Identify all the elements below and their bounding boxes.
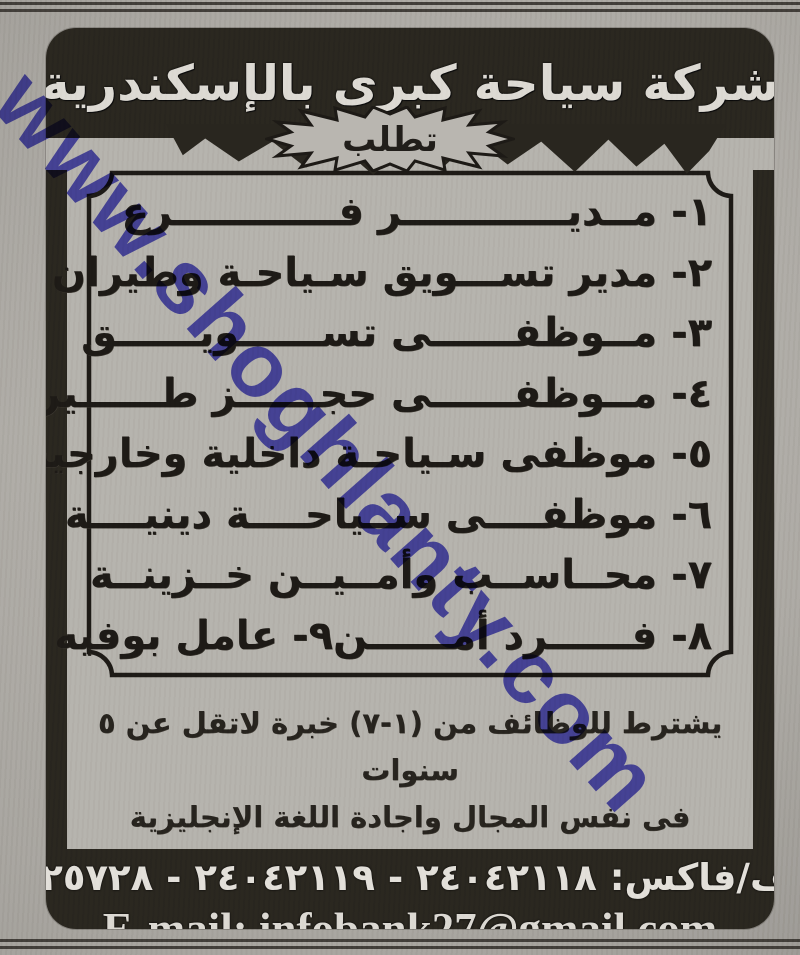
job-item-7: ٧- محــاســب وأمــيــن خــزينــة [108,555,712,595]
newspaper-page: شركة سياحة كبرى بالإسكندرية تطلب ١- مــد… [0,0,800,955]
job-item-4: ٤- مــوظفــــــى حجــــــز طــــــيران [108,374,712,414]
job-item-9: ٩- عامل بوفيه [54,616,333,656]
requirements-line-2: فى نفس المجال واجادة اللغة الإنجليزية [67,794,753,841]
requirements-note: يشترط للوظائف من (١-٧) خبرة لاتقل عن ٥ س… [67,700,753,841]
ad-body: ١- مــديــــــــــــر فــــــــــــرع ٢-… [46,170,774,849]
job-item-1: ١- مــديــــــــــــر فــــــــــــرع [108,192,712,232]
phone-fax-line: هاتف/فاكس: ٢٤٠٤٢١١٨ - ٢٤٠٤٢١١٩ - ٢٤٠٢٥٧٢… [46,856,774,899]
job-advertisement: شركة سياحة كبرى بالإسكندرية تطلب ١- مــد… [46,28,774,929]
company-title: شركة سياحة كبرى بالإسكندرية [46,55,774,112]
top-column-rule [0,2,800,12]
jobs-list: ١- مــديــــــــــــر فــــــــــــرع ٢-… [108,182,712,666]
job-item-5: ٥- موظفى سـياحـة داخلية وخارجية [108,434,712,474]
seeks-badge-label: تطلب [342,120,438,160]
jobs-list-frame: ١- مــديــــــــــــر فــــــــــــرع ٢-… [86,170,734,678]
job-item-3: ٣- مــوظفــــــى تســــــويــــــق [108,313,712,353]
bottom-column-rule [0,939,800,949]
job-item-2: ٢- مدير تســـويق سـياحـة وطيران [108,253,712,293]
email-line: E-mail: infobank27@gmail.com [103,903,717,930]
starburst-icon: تطلب [265,106,515,172]
job-item-6: ٦- موظفــــى ســياحــــة دينيــــة [108,495,712,535]
job-item-8-9: ٨- فــــــرد أمــــــن ٩- عامل بوفيه [108,616,712,656]
contact-banner: هاتف/فاكس: ٢٤٠٤٢١١٨ - ٢٤٠٤٢١١٩ - ٢٤٠٢٥٧٢… [46,849,774,929]
seeks-badge: تطلب [265,106,515,172]
job-item-8: ٨- فــــــرد أمــــــن [333,616,712,656]
requirements-line-1: يشترط للوظائف من (١-٧) خبرة لاتقل عن ٥ س… [67,700,753,794]
